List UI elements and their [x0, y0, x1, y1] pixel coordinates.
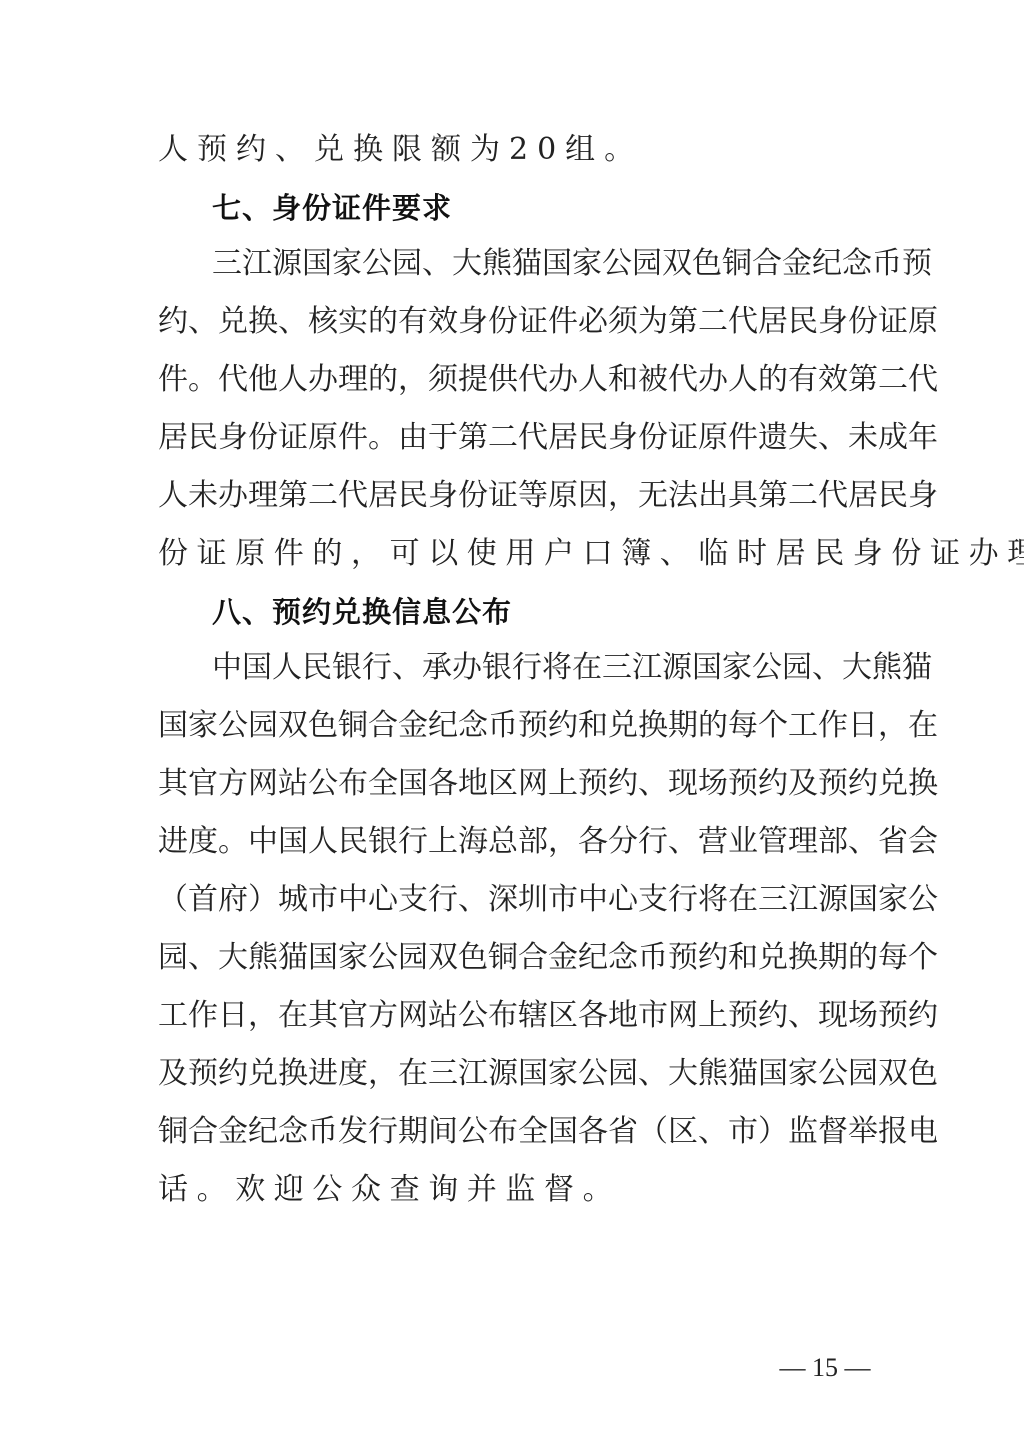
- paragraph-line: 人预约、兑换限额为20组。: [158, 130, 868, 170]
- paragraph-line: （首府）城市中心支行、深圳市中心支行将在三江源国家公: [158, 880, 868, 920]
- paragraph-line: 话。欢迎公众查询并监督。: [158, 1170, 868, 1210]
- document-page: 人预约、兑换限额为20组。 七、身份证件要求 三江源国家公园、大熊猫国家公园双色…: [0, 0, 1024, 1448]
- paragraph-line: 进度。中国人民银行上海总部，各分行、营业管理部、省会: [158, 822, 868, 862]
- paragraph-line: 园、大熊猫国家公园双色铜合金纪念币预约和兑换期的每个: [158, 938, 868, 978]
- section-heading-identity-requirements: 七、身份证件要求: [212, 188, 452, 228]
- paragraph-line: 其官方网站公布全国各地区网上预约、现场预约及预约兑换: [158, 764, 868, 804]
- paragraph-line: 及预约兑换进度，在三江源国家公园、大熊猫国家公园双色: [158, 1054, 868, 1094]
- paragraph-line: 居民身份证原件。由于第二代居民身份证原件遗失、未成年: [158, 418, 868, 458]
- paragraph-line: 国家公园双色铜合金纪念币预约和兑换期的每个工作日，在: [158, 706, 868, 746]
- paragraph-line: 中国人民银行、承办银行将在三江源国家公园、大熊猫: [212, 648, 868, 688]
- paragraph-line: 铜合金纪念币发行期间公布全国各省（区、市）监督举报电: [158, 1112, 868, 1152]
- paragraph-line: 份证原件的，可以使用户口簿、临时居民身份证办理。: [158, 534, 868, 574]
- paragraph-line: 约、兑换、核实的有效身份证件必须为第二代居民身份证原: [158, 302, 868, 342]
- paragraph-line: 人未办理第二代居民身份证等原因，无法出具第二代居民身: [158, 476, 868, 516]
- paragraph-line: 三江源国家公园、大熊猫国家公园双色铜合金纪念币预: [212, 244, 868, 284]
- paragraph-line: 件。代他人办理的，须提供代办人和被代办人的有效第二代: [158, 360, 868, 400]
- section-heading-info-publication: 八、预约兑换信息公布: [212, 592, 512, 632]
- paragraph-line: 工作日，在其官方网站公布辖区各地市网上预约、现场预约: [158, 996, 868, 1036]
- page-number: — 15 —: [770, 1350, 880, 1386]
